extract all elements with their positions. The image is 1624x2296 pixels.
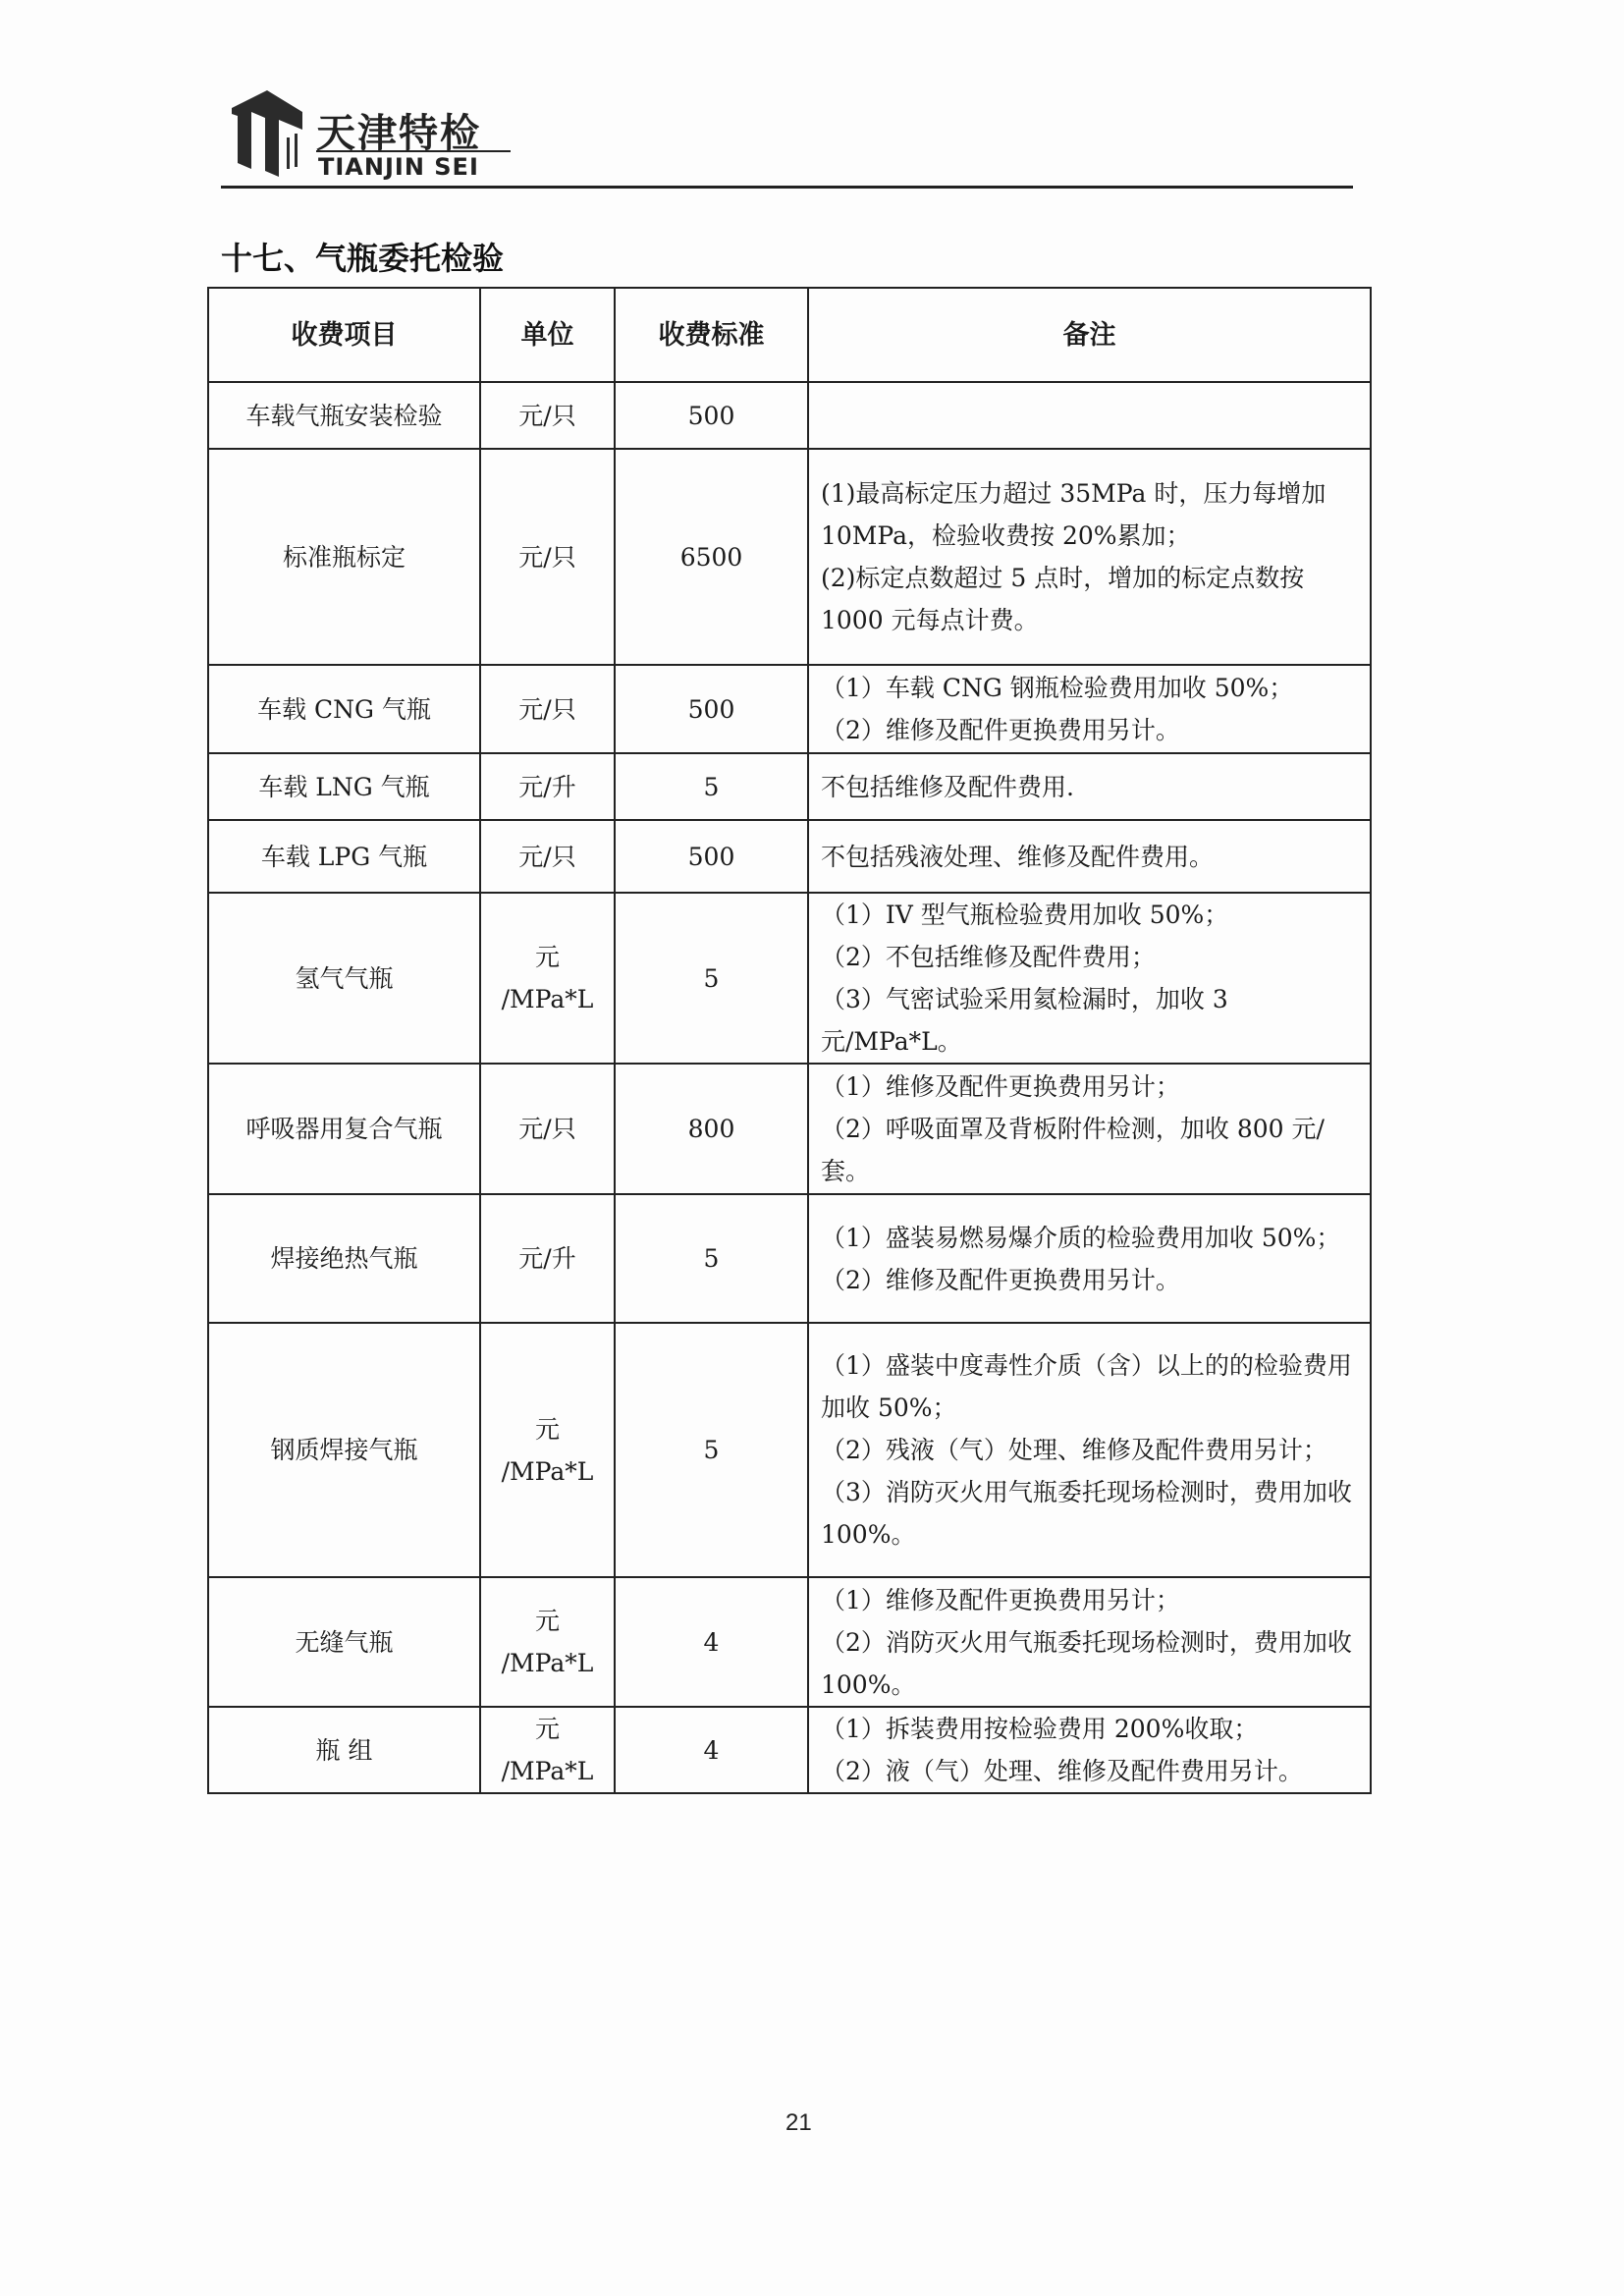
table-row: 钢质焊接气瓶元/MPa*L5（1）盛装中度毒性介质（含）以上的的检验费用加收 5… — [208, 1323, 1371, 1577]
notes-cell — [808, 382, 1371, 449]
notes-cell: （1）拆装费用按检验费用 200%收取；（2）液（气）处理、维修及配件费用另计。 — [808, 1707, 1371, 1793]
table-row: 标准瓶标定元/只6500(1)最高标定压力超过 35MPa 时，压力每增加 10… — [208, 449, 1371, 665]
unit-cell: 元/升 — [480, 1194, 615, 1323]
table-row: 车载 CNG 气瓶元/只500（1）车载 CNG 钢瓶检验费用加收 50%；（2… — [208, 665, 1371, 753]
note-line: (2)标定点数超过 5 点时，增加的标定点数按 1000 元每点计费。 — [821, 557, 1358, 641]
unit-cell: 元/只 — [480, 665, 615, 753]
fee-standard-cell: 500 — [615, 820, 808, 893]
unit-text-line2: /MPa*L — [493, 1750, 602, 1792]
unit-text: 元 — [493, 1708, 602, 1750]
notes-cell: （1）维修及配件更换费用另计；（2）消防灭火用气瓶委托现场检测时，费用加收 10… — [808, 1577, 1371, 1707]
note-line: （1）车载 CNG 钢瓶检验费用加收 50%； — [821, 667, 1358, 709]
unit-text-line2: /MPa*L — [493, 978, 602, 1020]
note-line: （2）液（气）处理、维修及配件费用另计。 — [821, 1750, 1358, 1792]
fee-item-cell: 呼吸器用复合气瓶 — [208, 1064, 480, 1194]
fee-item-cell: 钢质焊接气瓶 — [208, 1323, 480, 1577]
unit-cell: 元/只 — [480, 382, 615, 449]
fee-standard-cell: 4 — [615, 1707, 808, 1793]
note-line: （3）消防灭火用气瓶委托现场检测时，费用加收 100%。 — [821, 1471, 1358, 1556]
notes-cell: 不包括残液处理、维修及配件费用。 — [808, 820, 1371, 893]
logo-divider — [316, 150, 511, 152]
note-line: （1）拆装费用按检验费用 200%收取； — [821, 1708, 1358, 1750]
table-row: 瓶 组元/MPa*L4（1）拆装费用按检验费用 200%收取；（2）液（气）处理… — [208, 1707, 1371, 1793]
note-line: （1）IV 型气瓶检验费用加收 50%； — [821, 894, 1358, 936]
header-divider — [221, 186, 1353, 189]
table-row: 车载 LNG 气瓶元/升5不包括维修及配件费用. — [208, 753, 1371, 820]
unit-text: 元/升 — [493, 766, 602, 808]
unit-text: 元/只 — [493, 1108, 602, 1150]
column-header-unit: 单位 — [480, 288, 615, 382]
unit-text: 元/只 — [493, 536, 602, 578]
unit-cell: 元/MPa*L — [480, 1707, 615, 1793]
fee-item-cell: 氢气气瓶 — [208, 893, 480, 1064]
column-header-fee: 收费标准 — [615, 288, 808, 382]
notes-cell: 不包括维修及配件费用. — [808, 753, 1371, 820]
page-number: 21 — [785, 2109, 812, 2137]
fee-standard-cell: 800 — [615, 1064, 808, 1194]
note-line: （1）盛装中度毒性介质（含）以上的的检验费用加收 50%； — [821, 1344, 1358, 1429]
fee-item-cell: 车载 CNG 气瓶 — [208, 665, 480, 753]
notes-cell: （1）IV 型气瓶检验费用加收 50%；（2）不包括维修及配件费用；（3）气密试… — [808, 893, 1371, 1064]
section-title: 十七、气瓶委托检验 — [221, 234, 504, 279]
table-body: 车载气瓶安装检验元/只500标准瓶标定元/只6500(1)最高标定压力超过 35… — [208, 382, 1371, 1793]
unit-cell: 元/升 — [480, 753, 615, 820]
fee-table: 收费项目 单位 收费标准 备注 车载气瓶安装检验元/只500标准瓶标定元/只65… — [207, 287, 1372, 1794]
note-line: 不包括残液处理、维修及配件费用。 — [821, 836, 1358, 878]
fee-item-cell: 瓶 组 — [208, 1707, 480, 1793]
unit-text: 元 — [493, 1408, 602, 1450]
fee-item-cell: 标准瓶标定 — [208, 449, 480, 665]
fee-standard-cell: 5 — [615, 1323, 808, 1577]
note-line: （1）维修及配件更换费用另计； — [821, 1066, 1358, 1108]
unit-cell: 元/MPa*L — [480, 893, 615, 1064]
building-logo-icon — [228, 90, 306, 179]
note-line: （2）呼吸面罩及背板附件检测，加收 800 元/套。 — [821, 1108, 1358, 1192]
unit-text: 元/只 — [493, 688, 602, 731]
note-line: (1)最高标定压力超过 35MPa 时，压力每增加 10MPa，检验收费按 20… — [821, 472, 1358, 557]
notes-cell: （1）盛装中度毒性介质（含）以上的的检验费用加收 50%；（2）残液（气）处理、… — [808, 1323, 1371, 1577]
fee-standard-cell: 5 — [615, 1194, 808, 1323]
note-line: （1）盛装易燃易爆介质的检验费用加收 50%； — [821, 1217, 1358, 1259]
unit-text: 元/升 — [493, 1237, 602, 1280]
notes-cell: （1）盛装易燃易爆介质的检验费用加收 50%；（2）维修及配件更换费用另计。 — [808, 1194, 1371, 1323]
unit-cell: 元/只 — [480, 820, 615, 893]
fee-standard-cell: 5 — [615, 753, 808, 820]
fee-standard-cell: 4 — [615, 1577, 808, 1707]
table-row: 焊接绝热气瓶元/升5（1）盛装易燃易爆介质的检验费用加收 50%；（2）维修及配… — [208, 1194, 1371, 1323]
unit-text: 元 — [493, 936, 602, 978]
notes-cell: (1)最高标定压力超过 35MPa 时，压力每增加 10MPa，检验收费按 20… — [808, 449, 1371, 665]
column-header-notes: 备注 — [808, 288, 1371, 382]
unit-text-line2: /MPa*L — [493, 1450, 602, 1493]
notes-cell: （1）车载 CNG 钢瓶检验费用加收 50%；（2）维修及配件更换费用另计。 — [808, 665, 1371, 753]
unit-cell: 元/只 — [480, 449, 615, 665]
unit-text: 元 — [493, 1600, 602, 1642]
fee-item-cell: 车载 LNG 气瓶 — [208, 753, 480, 820]
unit-cell: 元/只 — [480, 1064, 615, 1194]
logo-english-name: TIANJIN SEI — [318, 153, 479, 181]
fee-item-cell: 车载气瓶安装检验 — [208, 382, 480, 449]
fee-item-cell: 无缝气瓶 — [208, 1577, 480, 1707]
unit-text: 元/只 — [493, 395, 602, 437]
table-row: 车载 LPG 气瓶元/只500不包括残液处理、维修及配件费用。 — [208, 820, 1371, 893]
note-line: （2）维修及配件更换费用另计。 — [821, 709, 1358, 751]
table-header-row: 收费项目 单位 收费标准 备注 — [208, 288, 1371, 382]
company-logo: 天津特检 TIANJIN SEI — [228, 81, 522, 179]
fee-standard-cell: 5 — [615, 893, 808, 1064]
unit-cell: 元/MPa*L — [480, 1323, 615, 1577]
fee-standard-cell: 6500 — [615, 449, 808, 665]
table-row: 车载气瓶安装检验元/只500 — [208, 382, 1371, 449]
note-line: 不包括维修及配件费用. — [821, 766, 1358, 808]
notes-cell: （1）维修及配件更换费用另计；（2）呼吸面罩及背板附件检测，加收 800 元/套… — [808, 1064, 1371, 1194]
table-row: 呼吸器用复合气瓶元/只800（1）维修及配件更换费用另计；（2）呼吸面罩及背板附… — [208, 1064, 1371, 1194]
table-row: 氢气气瓶元/MPa*L5（1）IV 型气瓶检验费用加收 50%；（2）不包括维修… — [208, 893, 1371, 1064]
table-row: 无缝气瓶元/MPa*L4（1）维修及配件更换费用另计；（2）消防灭火用气瓶委托现… — [208, 1577, 1371, 1707]
unit-text-line2: /MPa*L — [493, 1642, 602, 1684]
fee-item-cell: 焊接绝热气瓶 — [208, 1194, 480, 1323]
note-line: （3）气密试验采用氦检漏时，加收 3 元/MPa*L。 — [821, 978, 1358, 1063]
fee-standard-cell: 500 — [615, 665, 808, 753]
note-line: （1）维修及配件更换费用另计； — [821, 1579, 1358, 1621]
fee-item-cell: 车载 LPG 气瓶 — [208, 820, 480, 893]
fee-standard-cell: 500 — [615, 382, 808, 449]
column-header-item: 收费项目 — [208, 288, 480, 382]
note-line: （2）不包括维修及配件费用； — [821, 936, 1358, 978]
note-line: （2）消防灭火用气瓶委托现场检测时，费用加收 100%。 — [821, 1621, 1358, 1706]
note-line: （2）残液（气）处理、维修及配件费用另计； — [821, 1429, 1358, 1471]
note-line: （2）维修及配件更换费用另计。 — [821, 1259, 1358, 1301]
unit-cell: 元/MPa*L — [480, 1577, 615, 1707]
unit-text: 元/只 — [493, 836, 602, 878]
